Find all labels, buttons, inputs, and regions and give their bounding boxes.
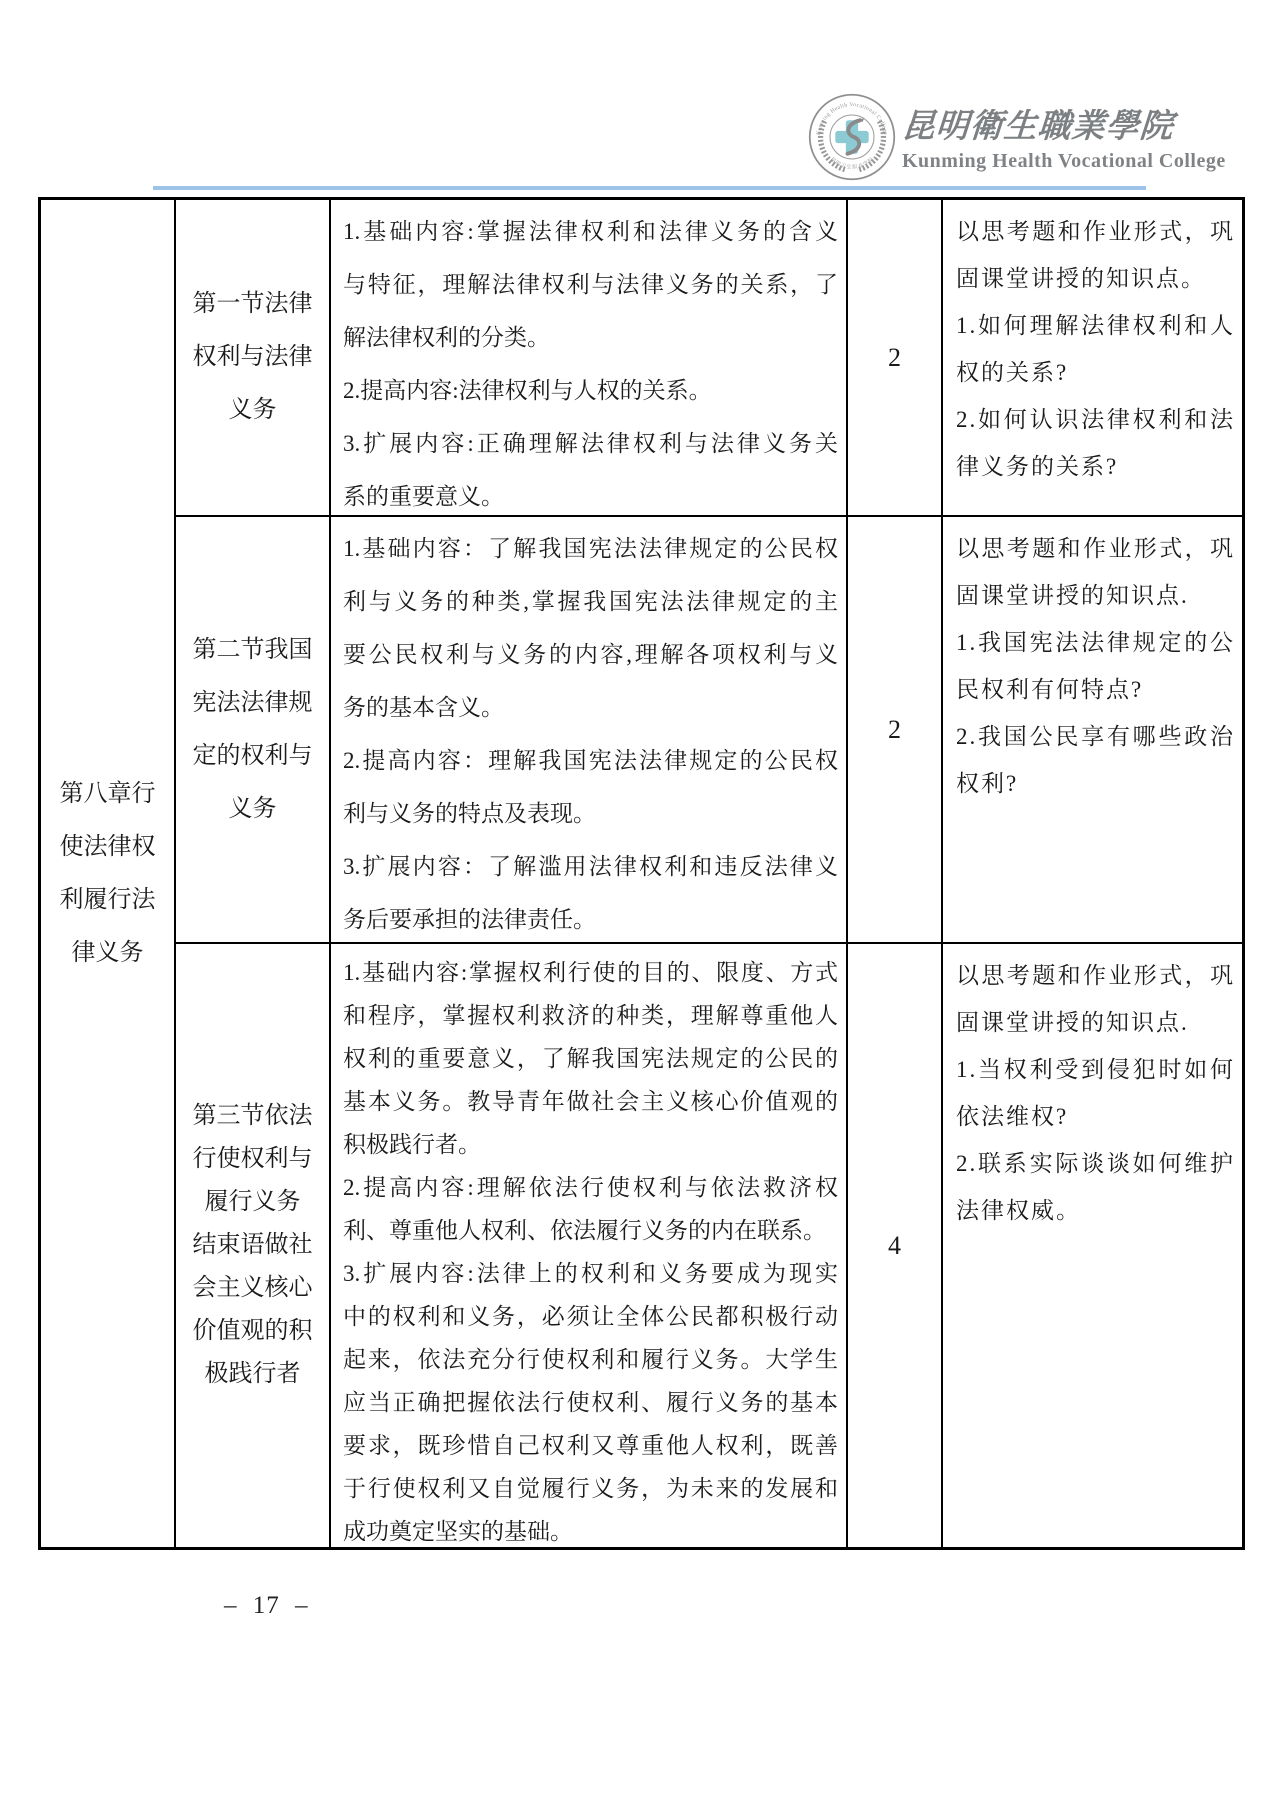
content-cell-row3: 1.基础内容:掌握权利行使的目的、限度、方式和程序，掌握权利救济的种类，理解尊重…	[331, 944, 848, 1547]
content-cell-row2: 1.基础内容：了解我国宪法法律规定的公民权利与义务的种类,掌握我国宪法法律规定的…	[331, 517, 848, 944]
text-line: 与特征，理解法律权利与法律义务的关系，了	[343, 258, 838, 311]
hours-cell-row1: 2	[848, 200, 943, 517]
text-line: 固课堂讲授的知识点.	[956, 999, 1235, 1046]
page-number: – 17 –	[224, 1592, 309, 1620]
text-line: 3.扩展内容:正确理解法律权利与法律义务关	[343, 417, 838, 470]
text-line: 依法维权?	[956, 1093, 1235, 1140]
text-line: 3.扩展内容：了解滥用法律权利和违反法律义	[343, 840, 838, 893]
text-line: 法律权威。	[956, 1187, 1235, 1234]
text-line: 以思考题和作业形式，巩	[956, 952, 1235, 999]
text-line: 律义务的关系?	[956, 443, 1235, 490]
text-line: 2.提高内容:理解依法行使权利与依法救济权	[343, 1166, 838, 1209]
text-line: 中的权利和义务，必须让全体公民都积极行动	[343, 1295, 838, 1338]
section-cell-row1: 第一节法律 权利与法律 义务	[176, 200, 331, 517]
homework-cell-row2: 以思考题和作业形式，巩固课堂讲授的知识点.1.我国宪法法律规定的公民权利有何特点…	[943, 517, 1242, 944]
text-line: 1.如何理解法律权利和人	[956, 302, 1235, 349]
text-line: 要求，既珍惜自己权利又尊重他人权利，既善	[343, 1424, 838, 1467]
text-line: 2.我国公民享有哪些政治	[956, 713, 1235, 760]
text-line: 积极践行者。	[343, 1123, 838, 1166]
homework-cell-row1: 以思考题和作业形式，巩固课堂讲授的知识点。1.如何理解法律权利和人权的关系?2.…	[943, 200, 1242, 517]
section-cell-row3: 第三节依法 行使权利与 履行义务 结束语做社 会主义核心 价值观的积 极践行者	[176, 944, 331, 1547]
text-line: 2.提高内容:法律权利与人权的关系。	[343, 364, 838, 417]
hours-cell-row2: 2	[848, 517, 943, 944]
text-line: 固课堂讲授的知识点.	[956, 572, 1235, 619]
text-line: 民权利有何特点?	[956, 666, 1235, 713]
text-line: 权利?	[956, 760, 1235, 807]
text-line: 应当正确把握依法行使权利、履行义务的基本	[343, 1381, 838, 1424]
section-cell-row2: 第二节我国 宪法法律规 定的权利与 义务	[176, 517, 331, 944]
college-name-english: Kunming Health Vocational College	[902, 150, 1182, 173]
homework-cell-row3: 以思考题和作业形式，巩固课堂讲授的知识点.1.当权利受到侵犯时如何依法维权?2.…	[943, 944, 1242, 1547]
text-line: 利与义务的种类,掌握我国宪法法律规定的主	[343, 575, 838, 628]
text-line: 务的基本含义。	[343, 681, 838, 734]
text-line: 固课堂讲授的知识点。	[956, 255, 1235, 302]
college-brand: 昆明衛生職業學院 Kunming Health Vocational Colle…	[902, 100, 1182, 173]
chapter-cell: 第八章行 使法律权 利履行法 律义务	[41, 200, 176, 1547]
text-line: 和程序，掌握权利救济的种类，理解尊重他人	[343, 994, 838, 1037]
header-rule	[153, 186, 1146, 190]
college-logo-seal: Kunming Health Vocational College 昆明卫生职业…	[808, 93, 896, 181]
text-line: 于行使权利又自觉履行义务，为未来的发展和	[343, 1467, 838, 1510]
text-line: 2.联系实际谈谈如何维护	[956, 1140, 1235, 1187]
text-line: 1.基础内容:掌握法律权利和法律义务的含义	[343, 205, 838, 258]
text-line: 1.我国宪法法律规定的公	[956, 619, 1235, 666]
text-line: 1.基础内容:掌握权利行使的目的、限度、方式	[343, 951, 838, 994]
text-line: 2.提高内容：理解我国宪法法律规定的公民权	[343, 734, 838, 787]
text-line: 利、尊重他人权利、依法履行义务的内在联系。	[343, 1209, 838, 1252]
text-line: 要公民权利与义务的内容,理解各项权利与义	[343, 628, 838, 681]
hours-cell-row3: 4	[848, 944, 943, 1547]
text-line: 3.扩展内容:法律上的权利和义务要成为现实	[343, 1252, 838, 1295]
text-line: 起来，依法充分行使权利和履行义务。大学生	[343, 1338, 838, 1381]
curriculum-table: 第八章行 使法律权 利履行法 律义务 第一节法律 权利与法律 义务 1.基础内容…	[38, 197, 1245, 1550]
college-name-calligraphy: 昆明衛生職業學院	[900, 100, 1183, 147]
text-line: 基本义务。教导青年做社会主义核心价值观的	[343, 1080, 838, 1123]
text-line: 1.当权利受到侵犯时如何	[956, 1046, 1235, 1093]
text-line: 以思考题和作业形式，巩	[956, 208, 1235, 255]
text-line: 2.如何认识法律权利和法	[956, 396, 1235, 443]
content-cell-row1: 1.基础内容:掌握法律权利和法律义务的含义与特征，理解法律权利与法律义务的关系，…	[331, 200, 848, 517]
text-line: 利与义务的特点及表现。	[343, 787, 838, 840]
text-line: 系的重要意义。	[343, 470, 838, 517]
text-line: 以思考题和作业形式，巩	[956, 525, 1235, 572]
text-line: 权的关系?	[956, 349, 1235, 396]
text-line: 权利的重要意义，了解我国宪法规定的公民的	[343, 1037, 838, 1080]
document-page: Kunming Health Vocational College 昆明卫生职业…	[0, 0, 1274, 1801]
text-line: 务后要承担的法律责任。	[343, 893, 838, 944]
text-line: 解法律权利的分类。	[343, 311, 838, 364]
text-line: 成功奠定坚实的基础。	[343, 1510, 838, 1547]
text-line: 1.基础内容：了解我国宪法法律规定的公民权	[343, 522, 838, 575]
